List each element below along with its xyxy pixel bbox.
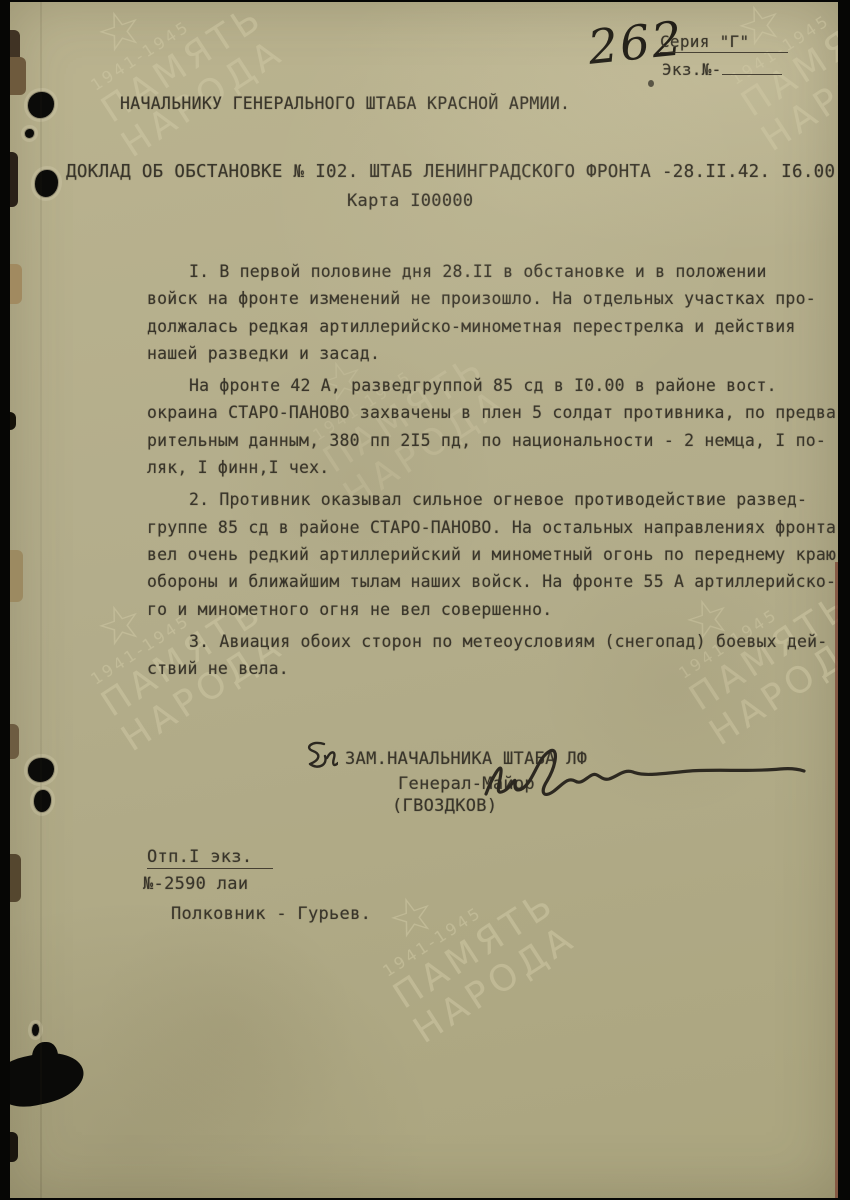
copy-number-blank bbox=[722, 61, 782, 75]
paper-tear bbox=[10, 152, 18, 207]
paper-tear bbox=[10, 412, 16, 430]
map-scale-line: Карта I00000 bbox=[347, 191, 473, 211]
star-outline-icon: ☆ bbox=[91, 597, 149, 654]
copy-text: Экз.№- bbox=[662, 60, 722, 79]
punch-hole bbox=[34, 790, 51, 812]
ink-spot bbox=[648, 80, 654, 87]
executor-line: Полковник - Гурьев. bbox=[171, 904, 371, 924]
memory-of-people-watermark: ☆ 1941-1945 ПАМЯТЬ НАРОДА bbox=[60, 2, 330, 163]
watermark-line1: ПАМЯТЬ bbox=[386, 858, 601, 1018]
watermark-years: 1941-1945 bbox=[379, 842, 579, 981]
paper-tear bbox=[10, 550, 23, 602]
paper-tear bbox=[10, 57, 26, 95]
document-page: ☆ 1941-1945 ПАМЯТЬ НАРОДА ☆ 1941-1945 ПА… bbox=[10, 2, 838, 1198]
watermark-years: 1941-1945 bbox=[87, 2, 287, 95]
copy-number-line: Экз.№- bbox=[662, 60, 782, 79]
paper-tear bbox=[10, 264, 22, 304]
copies-text: Отп.I экз. bbox=[147, 847, 273, 869]
paragraph-1-continued: На фронте 42 А, разведгруппой 85 сд в I0… bbox=[147, 372, 838, 481]
watermark-line2: НАРОДА bbox=[407, 892, 622, 1050]
punch-hole bbox=[32, 1024, 39, 1036]
edge-marking bbox=[835, 562, 838, 1198]
star-outline-icon: ☆ bbox=[91, 3, 149, 60]
handwritten-za-mark bbox=[298, 738, 338, 780]
watermark-line2: НАРОДА bbox=[115, 6, 330, 164]
memory-of-people-watermark: ☆ 1941-1945 ПАМЯТЬ НАРОДА bbox=[352, 805, 622, 1050]
handwritten-signature bbox=[480, 744, 810, 818]
watermark-line2: НАРОДА bbox=[755, 2, 838, 158]
paper-tear bbox=[10, 854, 21, 902]
report-title-line: ДОКЛАД ОБ ОБСТАНОВКЕ № I02. ШТАБ ЛЕНИНГР… bbox=[66, 162, 838, 182]
series-label: Серия "Г" bbox=[660, 32, 788, 53]
paper-tear bbox=[10, 724, 19, 759]
addressee-heading: НАЧАЛЬНИКУ ГЕНЕРАЛЬНОГО ШТАБА КРАСНОЙ АР… bbox=[120, 94, 570, 113]
series-text: Серия "Г" bbox=[660, 32, 788, 53]
paper-tear bbox=[10, 1132, 18, 1162]
paragraph-3: 3. Авиация обоих сторон по метеоусловиям… bbox=[147, 628, 838, 683]
outgoing-number: №-2590 лаи bbox=[143, 874, 248, 894]
paragraph-1: I. В первой половине дня 28.II в обстано… bbox=[147, 258, 838, 367]
report-body: I. В первой половине дня 28.II в обстано… bbox=[147, 258, 838, 687]
punch-hole bbox=[25, 129, 34, 138]
scanned-document-screenshot: { "page": { "stamp_number": "262", "seri… bbox=[0, 0, 850, 1200]
copies-line: Отп.I экз. bbox=[147, 847, 273, 869]
star-outline-icon: ☆ bbox=[383, 889, 441, 946]
paper-crease bbox=[40, 2, 42, 1198]
memory-of-people-watermark: ☆ 1941-1945 ПАМЯТЬ НАРОДА bbox=[700, 2, 838, 157]
punch-hole bbox=[35, 170, 58, 197]
paragraph-2: 2. Противник оказывал сильное огневое пр… bbox=[147, 486, 838, 622]
